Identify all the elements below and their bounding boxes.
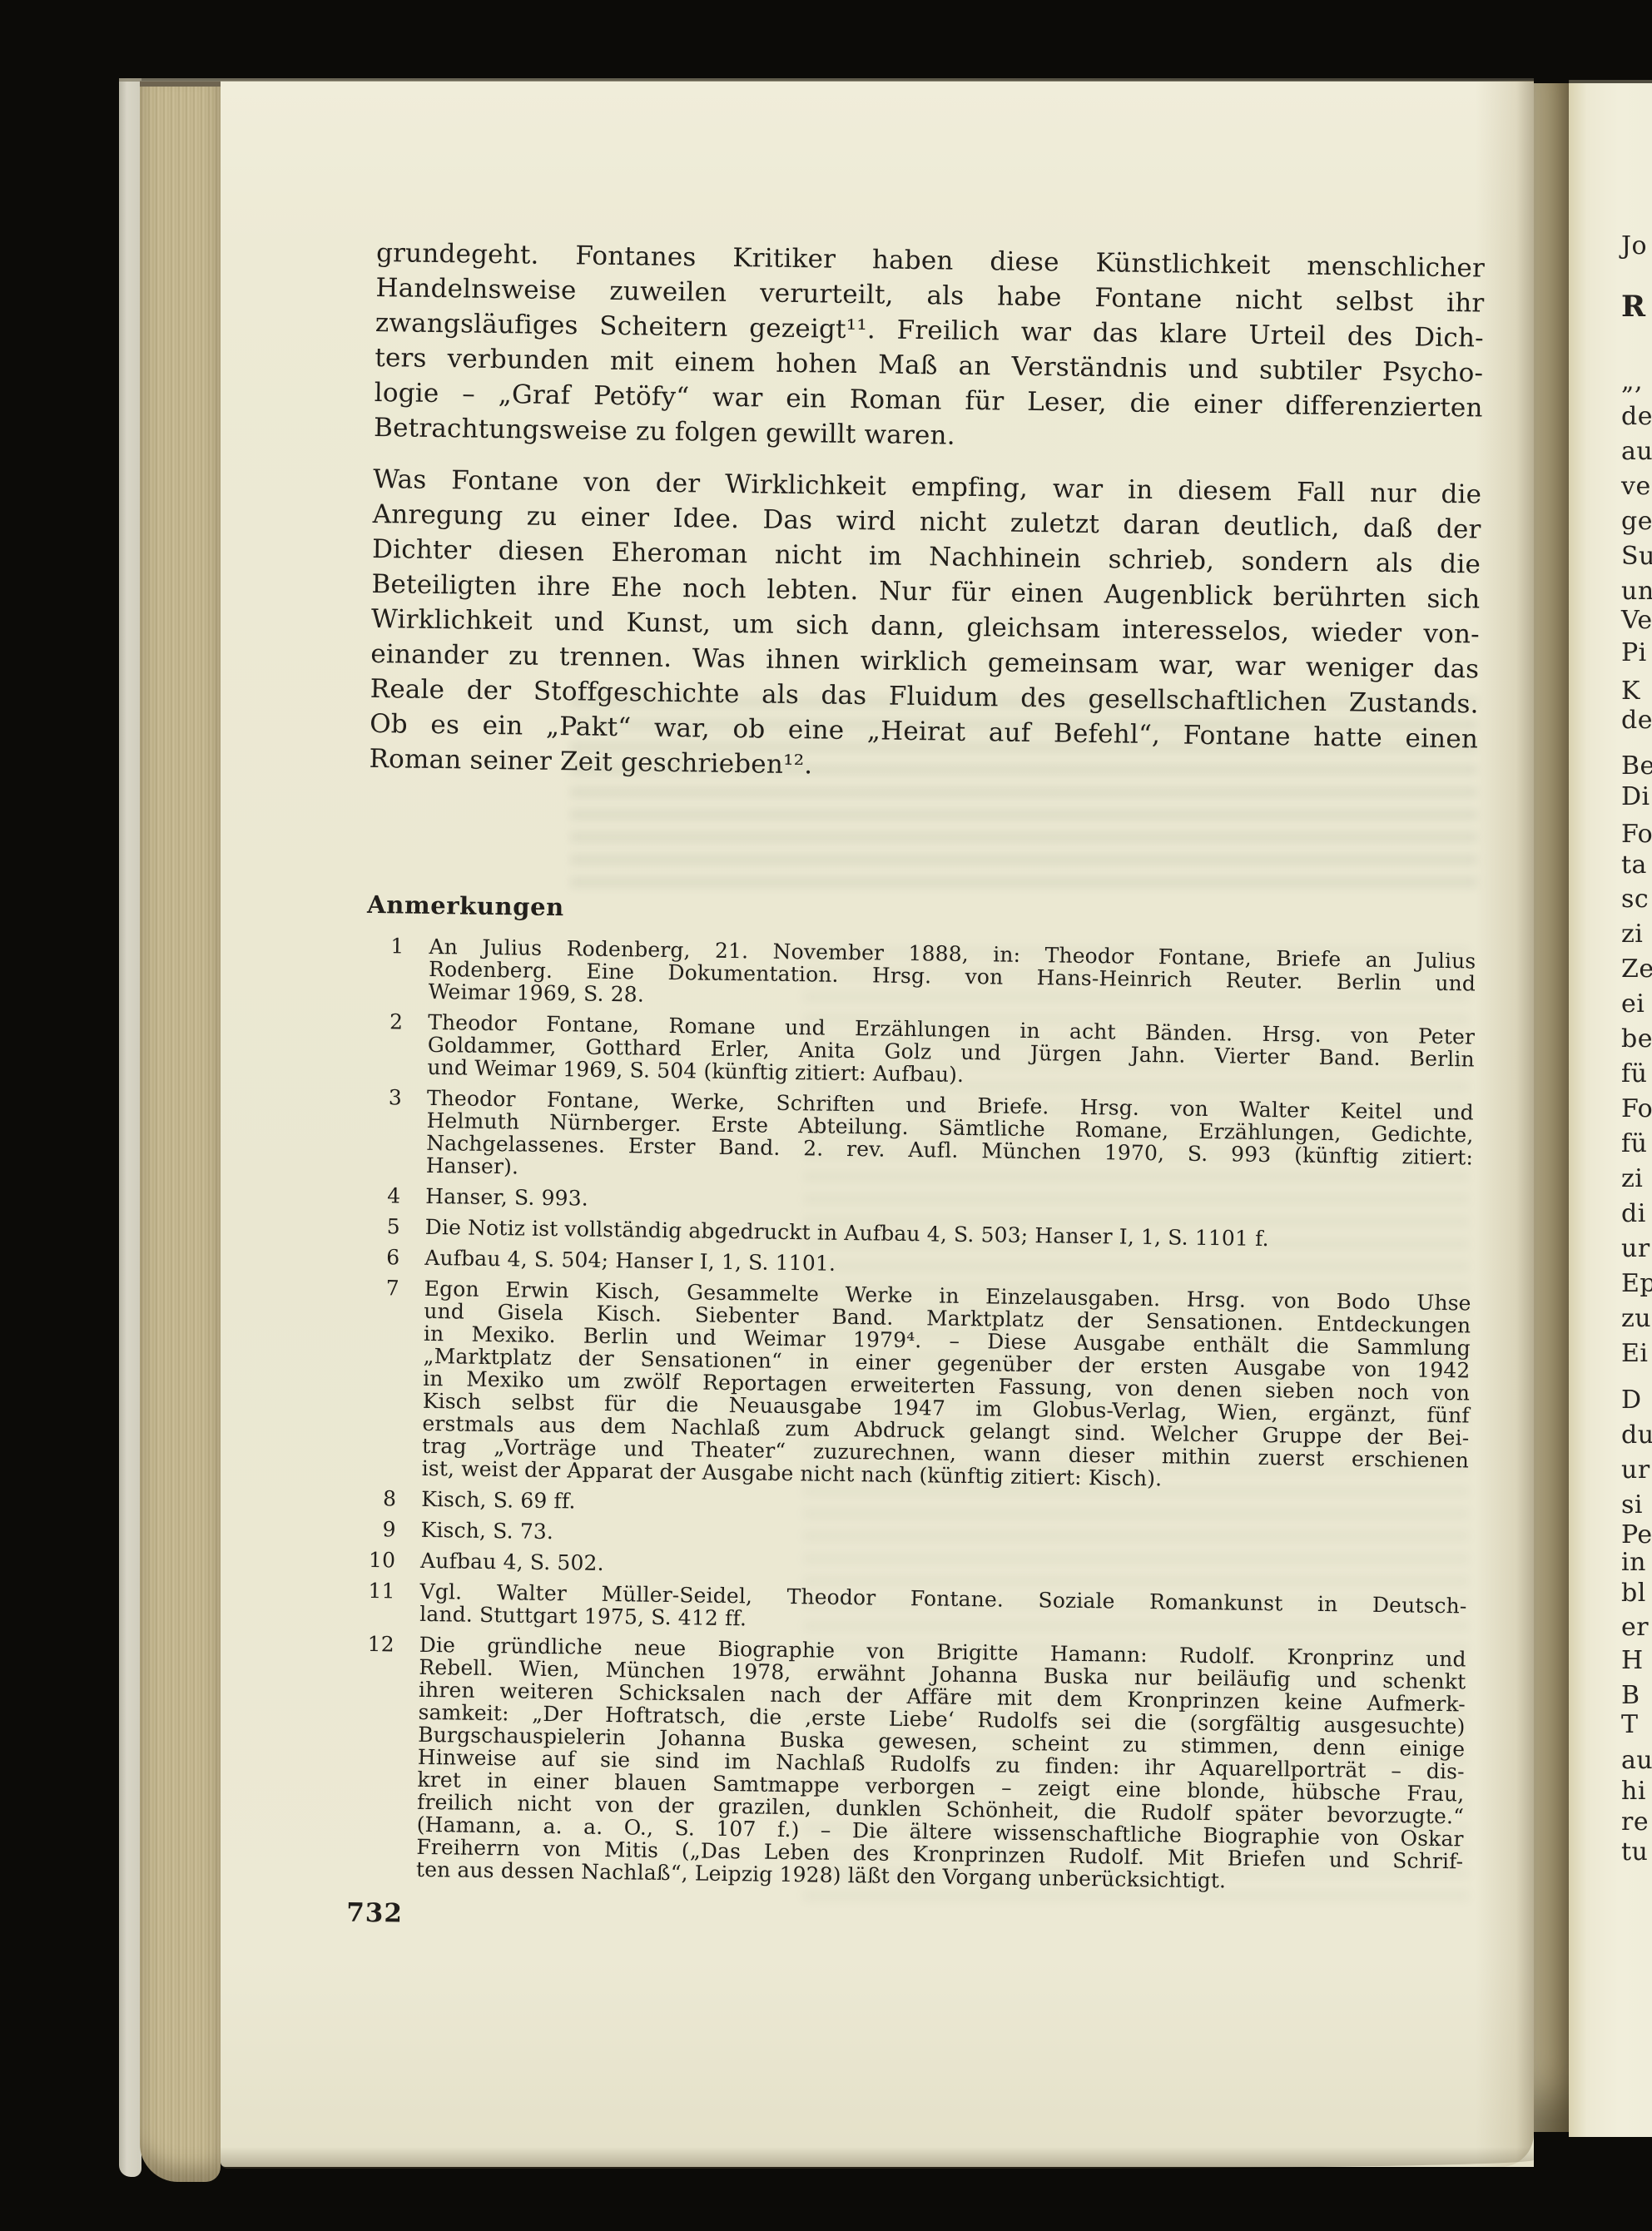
facing-page-line-fragment: zi <box>1621 1162 1643 1197</box>
footnote-item: 7Egon Erwin Kisch, Gesammelte Werke in E… <box>360 1277 1473 1495</box>
facing-page-line-fragment: fü <box>1621 1057 1647 1092</box>
text-line: Kisch, S. 69 ff. <box>421 1488 1468 1525</box>
footnotes-list: 1An Julius Rodenberg, 21. November 1888,… <box>354 935 1478 1904</box>
footnote-number: 5 <box>363 1215 400 1238</box>
footnote-number: 7 <box>360 1277 399 1480</box>
facing-page-line-fragment: Ze <box>1621 952 1652 987</box>
facing-page-line-fragment: Ei <box>1621 1336 1649 1371</box>
footnote-number: 2 <box>365 1010 403 1078</box>
facing-page-line-fragment: zu <box>1621 1301 1651 1336</box>
footnote-number: 1 <box>366 935 404 1003</box>
book-cover-edge <box>119 78 141 2177</box>
facing-page-line-fragment: Ep <box>1621 1267 1652 1301</box>
footnote-text: Die gründliche neue Biographie von Brigi… <box>416 1634 1466 1896</box>
footnote-text: Kisch, S. 69 ff. <box>421 1488 1468 1525</box>
notes-heading: Anmerkungen <box>367 890 564 921</box>
footnote-number: 4 <box>363 1184 400 1207</box>
footnote-item: 11Vgl. Walter Müller-Seidel, Theodor Fon… <box>357 1579 1469 1640</box>
facing-page-line-fragment: ei <box>1621 987 1645 1022</box>
facing-page-line-fragment: T <box>1621 1708 1639 1743</box>
facing-page-line-fragment: Pi <box>1621 636 1647 671</box>
facing-page-line-fragment: „, <box>1621 364 1643 399</box>
page-top-edge <box>1569 80 1652 83</box>
body-paragraph: grundegeht. Fontanes Kritiker haben dies… <box>374 235 1485 461</box>
facing-page-line-fragment: ur <box>1621 1453 1650 1488</box>
facing-page-line-fragment: du <box>1621 1418 1652 1453</box>
footnote-item: 12Die gründliche neue Biographie von Bri… <box>354 1633 1468 1896</box>
facing-page-line-fragment: ve <box>1621 469 1651 504</box>
facing-page-sliver: JoR„,deauvegeSuunVePiKdeBeDiFotascziZeei… <box>1569 83 1652 2137</box>
facing-page-line-fragment: Di <box>1621 780 1650 815</box>
facing-page-line-fragment: tu <box>1621 1835 1648 1870</box>
facing-page-line-fragment: be <box>1621 1022 1652 1057</box>
facing-page-line-fragment: ur <box>1621 1232 1650 1267</box>
page-bottom-shadow <box>221 2147 1534 2169</box>
footnote-text: Egon Erwin Kisch, Gesammelte Werke in Ei… <box>422 1277 1471 1495</box>
facing-page-line-fragment: ta <box>1621 848 1647 883</box>
footnote-text: An Julius Rodenberg, 21. November 1888, … <box>429 935 1476 1018</box>
facing-page-line-fragment: hi <box>1621 1774 1646 1809</box>
footnote-number: 11 <box>357 1579 395 1625</box>
facing-page-line-fragment: H <box>1621 1644 1644 1678</box>
scanned-book-spread: { "page": { "paragraphs": [ { "lines": [… <box>0 0 1652 2231</box>
facing-page-line-fragment: Ve <box>1621 603 1652 638</box>
facing-page-line-fragment: D <box>1621 1383 1642 1418</box>
body-paragraph: Was Fontane von der Wirklichkeit empfing… <box>369 462 1481 792</box>
footnote-item: 2Theodor Fontane, Romane und Erzählungen… <box>365 1010 1476 1093</box>
gutter-shadow <box>1476 81 1534 2167</box>
footnote-text: Theodor Fontane, Werke, Schriften und Br… <box>426 1087 1474 1192</box>
left-book-page: grundegeht. Fontanes Kritiker haben dies… <box>221 81 1534 2167</box>
facing-page-line-fragment: Jo <box>1621 229 1647 264</box>
footnote-number: 12 <box>354 1633 394 1881</box>
facing-page-line-fragment: ge <box>1621 504 1652 539</box>
facing-page-line-fragment: de <box>1621 399 1652 434</box>
facing-page-line-fragment: Be <box>1621 749 1652 784</box>
footnote-number: 8 <box>359 1487 396 1510</box>
facing-page-line-fragment: au <box>1621 434 1652 469</box>
facing-page-line-fragment: Su <box>1621 539 1652 574</box>
facing-page-line-fragment: Fo <box>1621 817 1652 852</box>
page-text-block: grundegeht. Fontanes Kritiker haben dies… <box>191 78 1534 2183</box>
facing-page-line-fragment: R <box>1621 290 1646 325</box>
facing-page-line-fragment: di <box>1621 1197 1646 1232</box>
page-number: 732 <box>346 1898 403 1929</box>
footnote-number: 9 <box>359 1518 396 1541</box>
facing-page-line-fragment: au <box>1621 1743 1652 1778</box>
facing-page-line-fragment: Fo <box>1621 1092 1652 1127</box>
footnote-item: 3Theodor Fontane, Werke, Schriften und B… <box>364 1086 1476 1192</box>
facing-page-line-fragment: zi <box>1621 917 1643 952</box>
facing-page-line-fragment: in <box>1621 1545 1646 1580</box>
footnote-number: 3 <box>364 1086 403 1177</box>
footnote-number: 10 <box>358 1549 395 1572</box>
book-gutter <box>1534 83 1569 2132</box>
facing-page-line-fragment: er <box>1621 1610 1649 1645</box>
facing-page-line-fragment: bl <box>1621 1576 1646 1611</box>
footnote-text: Theodor Fontane, Romane und Erzählungen … <box>427 1011 1475 1093</box>
facing-page-line-fragment: de <box>1621 703 1652 738</box>
footnote-item: 1An Julius Rodenberg, 21. November 1888,… <box>366 935 1478 1018</box>
facing-page-line-fragment: sc <box>1621 882 1649 917</box>
facing-page-line-fragment: fü <box>1621 1127 1647 1162</box>
footnote-number: 6 <box>362 1246 399 1269</box>
footnote-text: Vgl. Walter Müller-Seidel, Theodor Fonta… <box>419 1580 1467 1640</box>
